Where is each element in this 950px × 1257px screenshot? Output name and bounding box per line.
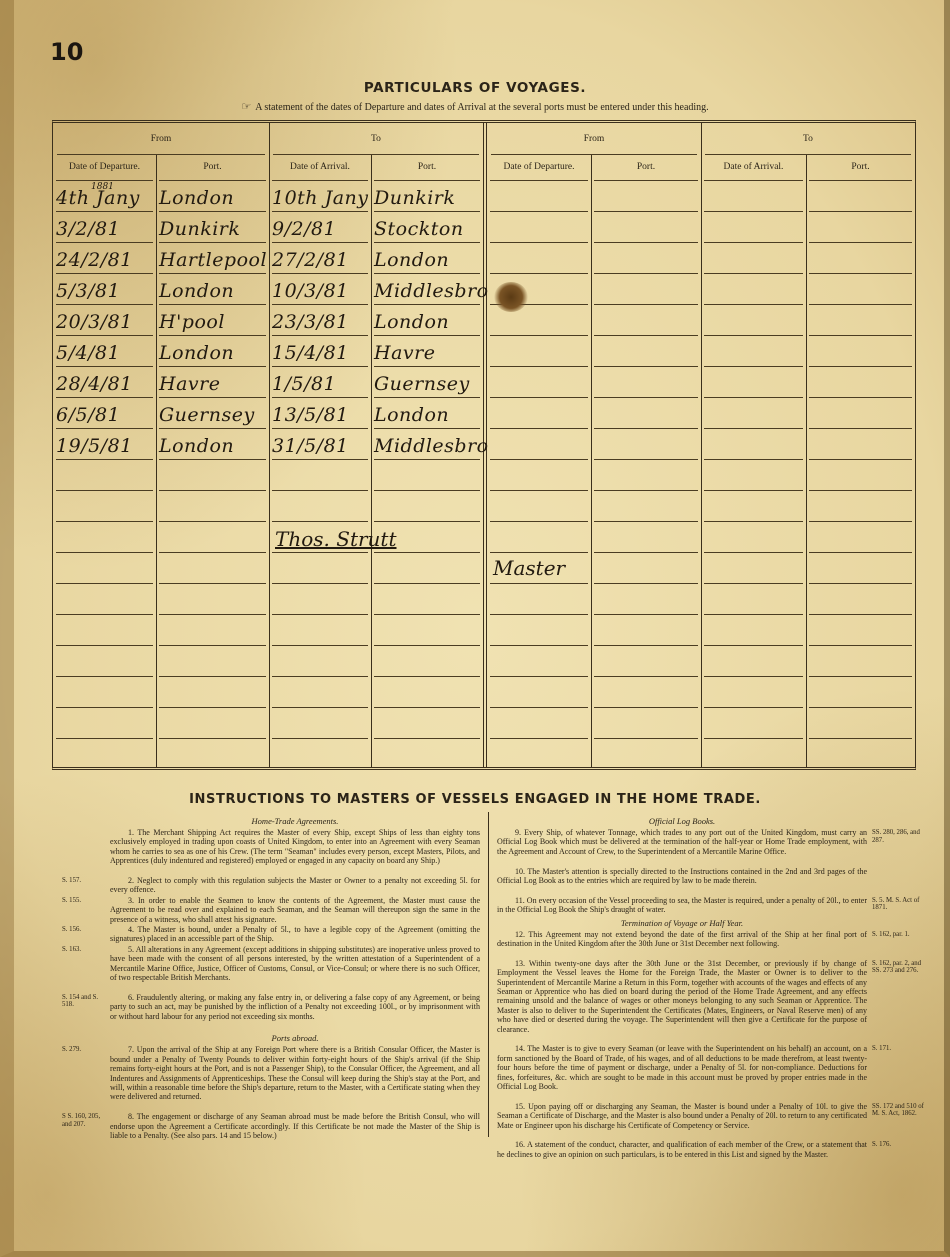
row-rule bbox=[490, 521, 588, 522]
table-cell: 1/5/81 bbox=[269, 366, 371, 397]
table-cell: Middlesbro bbox=[371, 428, 483, 459]
group-header-to: To bbox=[269, 123, 483, 154]
row-rule bbox=[594, 645, 698, 646]
row-rule bbox=[809, 397, 912, 398]
statute-reference: S. 279. bbox=[62, 1046, 108, 1054]
row-rule bbox=[374, 738, 480, 739]
instruction-paragraph: 11. On every occasion of the Vessel proc… bbox=[497, 896, 867, 915]
table-cell: Guernsey bbox=[371, 366, 483, 397]
table-cell: 10/3/81 bbox=[269, 273, 371, 304]
table-cell: 5/3/81 bbox=[53, 273, 156, 304]
table-cell: 24/2/81 bbox=[53, 242, 156, 273]
table-cell: London bbox=[371, 397, 483, 428]
row-rule bbox=[374, 521, 480, 522]
instruction-paragraph: 4. The Master is bound, under a Penalty … bbox=[110, 925, 480, 944]
row-rule bbox=[809, 738, 912, 739]
row-rule bbox=[272, 490, 368, 491]
instruction-paragraph: 2. Neglect to comply with this regulatio… bbox=[110, 876, 480, 895]
table-cell: 9/2/81 bbox=[269, 211, 371, 242]
row-rule bbox=[159, 521, 266, 522]
statute-reference: S. 155. bbox=[62, 897, 108, 905]
master-title: Master bbox=[493, 556, 565, 580]
row-rule bbox=[159, 738, 266, 739]
row-rule bbox=[704, 583, 803, 584]
table-cell: Dunkirk bbox=[156, 211, 269, 242]
table-cell: London bbox=[371, 242, 483, 273]
row-rule bbox=[490, 707, 588, 708]
row-rule bbox=[272, 459, 368, 460]
statute-reference: S. 5. M. S. Act of 1871. bbox=[872, 897, 928, 912]
row-rule bbox=[809, 552, 912, 553]
row-rule bbox=[56, 490, 153, 491]
row-rule bbox=[56, 583, 153, 584]
instruction-paragraph: 16. A statement of the conduct, characte… bbox=[497, 1140, 867, 1159]
row-rule bbox=[56, 614, 153, 615]
row-rule bbox=[159, 676, 266, 677]
table-cell: Middlesbro bbox=[371, 273, 483, 304]
row-rule bbox=[594, 521, 698, 522]
row-rule bbox=[374, 552, 480, 553]
table-cell: Dunkirk bbox=[371, 180, 483, 211]
group-header-from: From bbox=[487, 123, 701, 154]
row-rule bbox=[159, 490, 266, 491]
row-rule bbox=[704, 645, 803, 646]
table-cell: 28/4/81 bbox=[53, 366, 156, 397]
row-rule bbox=[809, 366, 912, 367]
column-header: Port. bbox=[806, 154, 915, 180]
row-rule bbox=[490, 614, 588, 615]
instruction-paragraph: 6. Fraudulently altering, or making any … bbox=[110, 993, 480, 1021]
row-rule bbox=[272, 645, 368, 646]
row-rule bbox=[809, 428, 912, 429]
column-header: Port. bbox=[156, 154, 269, 180]
row-rule bbox=[490, 738, 588, 739]
row-rule bbox=[704, 676, 803, 677]
table-cell: Havre bbox=[156, 366, 269, 397]
table-cell: London bbox=[156, 428, 269, 459]
voyages-table: FromToFromToDate of Departure.Port.Date … bbox=[52, 120, 916, 770]
row-rule bbox=[809, 180, 912, 181]
table-cell: 10th Jany bbox=[269, 180, 371, 211]
column-header: Date of Arrival. bbox=[269, 154, 371, 180]
instruction-paragraph: 13. Within twenty-one days after the 30t… bbox=[497, 959, 867, 1034]
statute-reference: S. 154 and S. 518. bbox=[62, 994, 108, 1009]
row-rule bbox=[704, 304, 803, 305]
table-cell: London bbox=[156, 273, 269, 304]
table-cell: 31/5/81 bbox=[269, 428, 371, 459]
section-heading: Home-Trade Agreements. bbox=[110, 816, 480, 826]
row-rule bbox=[704, 180, 803, 181]
row-rule bbox=[490, 366, 588, 367]
column-header: Date of Arrival. bbox=[701, 154, 806, 180]
page-subtitle: ☞A statement of the dates of Departure a… bbox=[0, 100, 950, 113]
row-rule bbox=[594, 366, 698, 367]
row-rule bbox=[809, 676, 912, 677]
row-rule bbox=[56, 645, 153, 646]
row-rule bbox=[56, 738, 153, 739]
table-cell: London bbox=[371, 304, 483, 335]
row-rule bbox=[594, 428, 698, 429]
table-cell: 27/2/81 bbox=[269, 242, 371, 273]
statute-reference: S. 162, par. 1. bbox=[872, 931, 928, 939]
instruction-paragraph: 9. Every Ship, of whatever Tonnage, whic… bbox=[497, 828, 867, 856]
table-cell: 5/4/81 bbox=[53, 335, 156, 366]
table-cell: London bbox=[156, 180, 269, 211]
row-rule bbox=[704, 242, 803, 243]
row-rule bbox=[490, 242, 588, 243]
table-cell: 13/5/81 bbox=[269, 397, 371, 428]
statute-reference: S S. 160, 205, and 207. bbox=[62, 1113, 108, 1128]
subtitle-text: A statement of the dates of Departure an… bbox=[255, 102, 708, 113]
column-header: Date of Departure. bbox=[487, 154, 591, 180]
instruction-paragraph: 15. Upon paying off or discharging any S… bbox=[497, 1102, 867, 1130]
row-rule bbox=[490, 645, 588, 646]
row-rule bbox=[594, 180, 698, 181]
row-rule bbox=[594, 614, 698, 615]
instruction-paragraph: 7. Upon the arrival of the Ship at any F… bbox=[110, 1045, 480, 1101]
row-rule bbox=[704, 366, 803, 367]
year-note: 1881 bbox=[91, 182, 114, 192]
row-rule bbox=[374, 490, 480, 491]
row-rule bbox=[374, 583, 480, 584]
row-rule bbox=[374, 459, 480, 460]
row-rule bbox=[272, 676, 368, 677]
row-rule bbox=[704, 552, 803, 553]
row-rule bbox=[272, 583, 368, 584]
row-rule bbox=[272, 521, 368, 522]
row-rule bbox=[159, 707, 266, 708]
row-rule bbox=[594, 397, 698, 398]
row-rule bbox=[809, 521, 912, 522]
statute-reference: S. 163. bbox=[62, 946, 108, 954]
statute-reference: S. 162, par. 2, and SS. 273 and 276. bbox=[872, 960, 928, 975]
row-rule bbox=[809, 211, 912, 212]
statute-reference: S. 157. bbox=[62, 877, 108, 885]
statute-reference: SS. 172 and 510 of M. S. Act, 1862. bbox=[872, 1103, 928, 1118]
table-cell: Hartlepool bbox=[156, 242, 269, 273]
pointing-hand-icon: ☞ bbox=[241, 101, 251, 113]
column-rule bbox=[591, 154, 592, 767]
row-rule bbox=[490, 676, 588, 677]
table-cell: 23/3/81 bbox=[269, 304, 371, 335]
row-rule bbox=[594, 490, 698, 491]
table-cell: Stockton bbox=[371, 211, 483, 242]
page-title: PARTICULARS OF VOYAGES. bbox=[0, 80, 950, 96]
table-cell: 19/5/81 bbox=[53, 428, 156, 459]
row-rule bbox=[809, 490, 912, 491]
row-rule bbox=[704, 428, 803, 429]
column-rule bbox=[806, 154, 807, 767]
row-rule bbox=[374, 676, 480, 677]
instruction-paragraph: 8. The engagement or discharge of any Se… bbox=[110, 1112, 480, 1140]
row-rule bbox=[704, 273, 803, 274]
row-rule bbox=[159, 552, 266, 553]
row-rule bbox=[704, 614, 803, 615]
row-rule bbox=[809, 304, 912, 305]
table-cell: 6/5/81 bbox=[53, 397, 156, 428]
row-rule bbox=[56, 459, 153, 460]
row-rule bbox=[704, 738, 803, 739]
instruction-paragraph: 10. The Master's attention is specially … bbox=[497, 867, 867, 886]
group-rule bbox=[701, 123, 702, 767]
row-rule bbox=[704, 211, 803, 212]
instruction-paragraph: 3. In order to enable the Seamen to know… bbox=[110, 896, 480, 924]
column-divider bbox=[488, 812, 489, 1137]
row-rule bbox=[490, 459, 588, 460]
master-signature: Thos. Strutt bbox=[275, 527, 397, 551]
row-rule bbox=[490, 211, 588, 212]
row-rule bbox=[490, 552, 588, 553]
row-rule bbox=[490, 273, 588, 274]
row-rule bbox=[594, 273, 698, 274]
row-rule bbox=[809, 459, 912, 460]
table-cell: London bbox=[156, 335, 269, 366]
row-rule bbox=[704, 397, 803, 398]
instruction-paragraph: 1. The Merchant Shipping Act requires th… bbox=[110, 828, 480, 866]
column-header: Port. bbox=[371, 154, 483, 180]
group-header-to: To bbox=[701, 123, 915, 154]
row-rule bbox=[374, 707, 480, 708]
statute-reference: S. 176. bbox=[872, 1141, 928, 1149]
column-header: Date of Departure. bbox=[53, 154, 156, 180]
row-rule bbox=[594, 738, 698, 739]
row-rule bbox=[594, 304, 698, 305]
row-rule bbox=[56, 552, 153, 553]
row-rule bbox=[594, 676, 698, 677]
row-rule bbox=[490, 397, 588, 398]
column-header: Port. bbox=[591, 154, 701, 180]
instruction-paragraph: 14. The Master is to give to every Seama… bbox=[497, 1044, 867, 1091]
row-rule bbox=[704, 335, 803, 336]
row-rule bbox=[490, 428, 588, 429]
section-heading: Official Log Books. bbox=[497, 816, 867, 826]
table-cell: 20/3/81 bbox=[53, 304, 156, 335]
row-rule bbox=[809, 242, 912, 243]
row-rule bbox=[56, 707, 153, 708]
row-rule bbox=[704, 521, 803, 522]
instructions-title: INSTRUCTIONS TO MASTERS OF VESSELS ENGAG… bbox=[0, 792, 950, 807]
row-rule bbox=[809, 335, 912, 336]
row-rule bbox=[374, 614, 480, 615]
instruction-paragraph: 12. This Agreement may not extend beyond… bbox=[497, 930, 867, 949]
row-rule bbox=[809, 645, 912, 646]
row-rule bbox=[594, 707, 698, 708]
row-rule bbox=[594, 211, 698, 212]
row-rule bbox=[594, 552, 698, 553]
statute-reference: S. 171. bbox=[872, 1045, 928, 1053]
row-rule bbox=[159, 614, 266, 615]
row-rule bbox=[490, 180, 588, 181]
row-rule bbox=[272, 707, 368, 708]
table-cell: Guernsey bbox=[156, 397, 269, 428]
row-rule bbox=[56, 676, 153, 677]
row-rule bbox=[594, 583, 698, 584]
row-rule bbox=[704, 490, 803, 491]
row-rule bbox=[272, 738, 368, 739]
row-rule bbox=[159, 645, 266, 646]
row-rule bbox=[159, 583, 266, 584]
instruction-paragraph: 5. All alterations in any Agreement (exc… bbox=[110, 945, 480, 983]
row-rule bbox=[374, 645, 480, 646]
page-number: 10 bbox=[50, 38, 83, 66]
ink-stain bbox=[494, 282, 528, 312]
table-cell: 15/4/81 bbox=[269, 335, 371, 366]
section-heading: Ports abroad. bbox=[110, 1033, 480, 1043]
row-rule bbox=[490, 583, 588, 584]
row-rule bbox=[594, 335, 698, 336]
table-cell: H'pool bbox=[156, 304, 269, 335]
row-rule bbox=[809, 273, 912, 274]
row-rule bbox=[704, 459, 803, 460]
section-heading: Termination of Voyage or Half Year. bbox=[497, 918, 867, 928]
group-header-from: From bbox=[53, 123, 269, 154]
row-rule bbox=[272, 614, 368, 615]
statute-reference: SS. 280, 286, and 287. bbox=[872, 829, 928, 844]
row-rule bbox=[594, 242, 698, 243]
row-rule bbox=[704, 707, 803, 708]
row-rule bbox=[56, 521, 153, 522]
row-rule bbox=[159, 459, 266, 460]
table-cell: 3/2/81 bbox=[53, 211, 156, 242]
row-rule bbox=[490, 490, 588, 491]
row-rule bbox=[594, 459, 698, 460]
row-rule bbox=[272, 552, 368, 553]
table-cell: Havre bbox=[371, 335, 483, 366]
row-rule bbox=[809, 583, 912, 584]
statute-reference: S. 156. bbox=[62, 926, 108, 934]
row-rule bbox=[809, 614, 912, 615]
row-rule bbox=[809, 707, 912, 708]
row-rule bbox=[490, 335, 588, 336]
